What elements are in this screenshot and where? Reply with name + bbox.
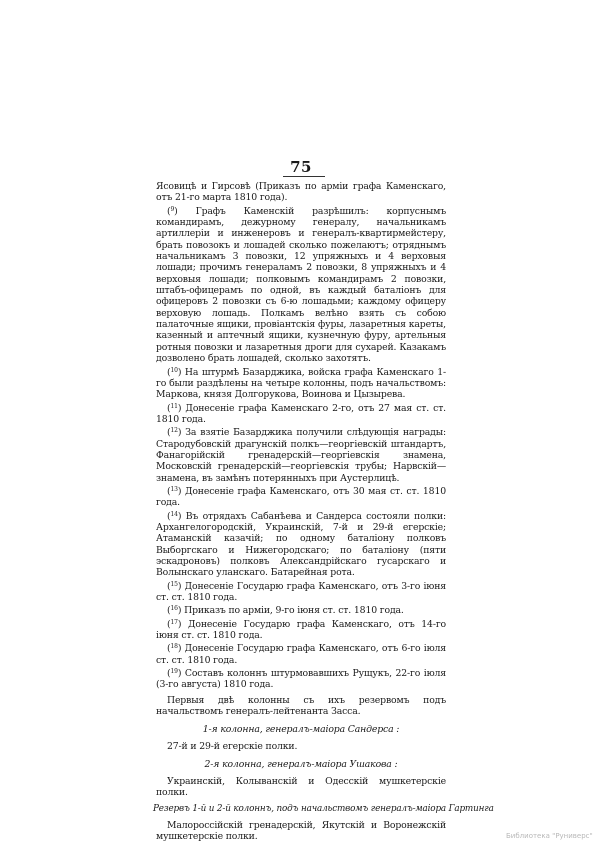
column-1-heading: 1-я колонна, генералъ-маіора Сандерса : bbox=[156, 724, 446, 735]
footnote-14: (14) Въ отрядахъ Сабанѣева и Сандерса со… bbox=[156, 509, 446, 579]
footnote-17: (17) Донесеніе Государю графа Каменскаго… bbox=[156, 617, 446, 642]
footnote-19: (19) Составъ колоннъ штурмовавшихъ Рущук… bbox=[156, 666, 446, 691]
footnote-18: (18) Донесеніе Государю графа Каменскаго… bbox=[156, 641, 446, 666]
column-2-text: Украинскій, Колыванскій и Одесскій мушке… bbox=[156, 776, 446, 799]
footnote-13: (13) Донесеніе графа Каменскаго, отъ 30 … bbox=[156, 484, 446, 509]
page-body: Ясовицѣ и Гирсовѣ (Приказъ по арміи граф… bbox=[156, 181, 446, 842]
page-number: 75 bbox=[156, 158, 446, 176]
page-number-rule bbox=[283, 176, 325, 177]
reserve-text: Малороссійскій гренадерскій, Якутскій и … bbox=[156, 820, 446, 843]
footnote-11: (11) Донесеніе графа Каменскаго 2-го, от… bbox=[156, 401, 446, 426]
footnote-10: (10) На штурмѣ Базарджика, войска графа … bbox=[156, 365, 446, 401]
footnote-12: (12) За взятіе Базарджика получили слѣду… bbox=[156, 425, 446, 484]
footnote-16: (16) Приказъ по арміи, 9-го іюня ст. ст.… bbox=[156, 603, 446, 616]
footnote-9: (9) Графъ Каменскій разрѣшилъ: корпусным… bbox=[156, 204, 446, 365]
columns-intro: Первыя двѣ колонны съ ихъ резервомъ подъ… bbox=[156, 695, 446, 718]
continuation-text: Ясовицѣ и Гирсовѣ (Приказъ по арміи граф… bbox=[156, 181, 446, 204]
library-watermark: Библиотека "Руниверс" bbox=[506, 832, 593, 840]
column-2-heading: 2-я колонна, генералъ-маіора Ушакова : bbox=[156, 759, 446, 770]
column-1-text: 27-й и 29-й егерскіе полки. bbox=[156, 741, 446, 752]
footnote-15: (15) Донесеніе Государю графа Каменскаго… bbox=[156, 579, 446, 604]
reserve-heading: Резервъ 1-й и 2-й колоннъ, подъ начальст… bbox=[153, 804, 446, 815]
